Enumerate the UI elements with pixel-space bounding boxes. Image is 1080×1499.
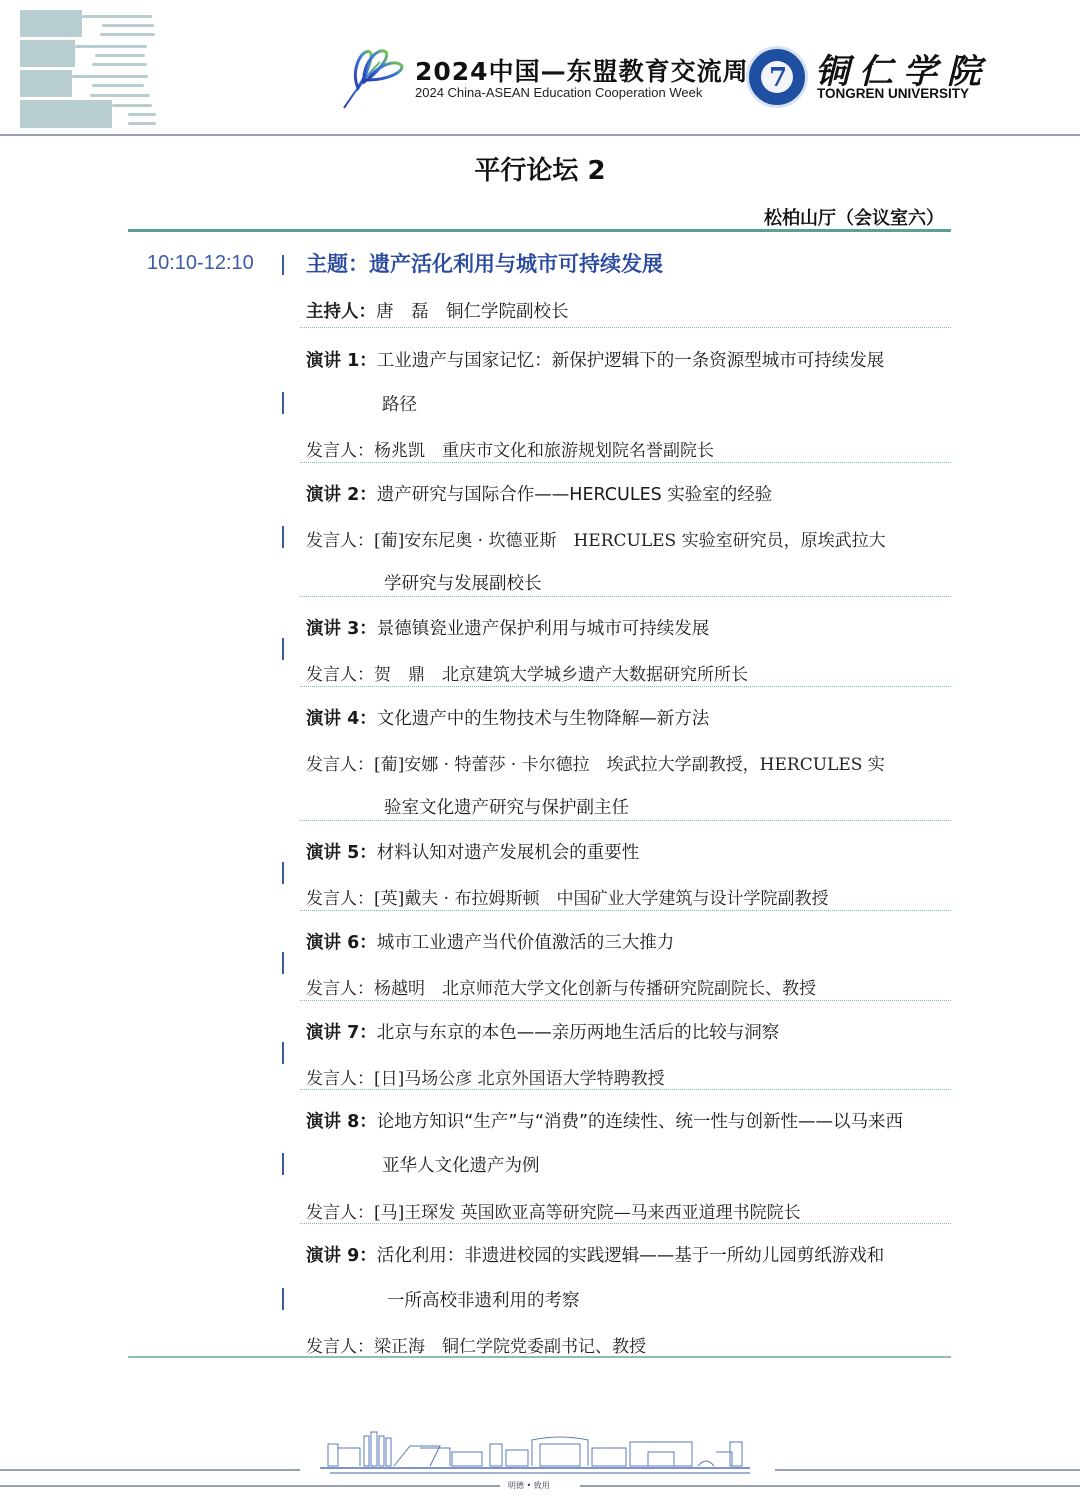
session-time: 10:10-12:10 (147, 252, 254, 275)
dotted-divider (300, 1223, 951, 1224)
decorative-stripes (20, 10, 155, 128)
timeline-bar (282, 255, 284, 275)
footer-line (0, 1485, 500, 1487)
talk-5-title: 演讲 5：材料认知对遗产发展机会的重要性 (306, 839, 639, 864)
university-seal-icon: 7 (746, 46, 808, 108)
footer-line (0, 1469, 300, 1471)
timeline-bar (282, 392, 284, 414)
talk-3-speaker: 发言人：贺 鼎 北京建筑大学城乡遗产大数据研究所所长 (306, 660, 748, 685)
talk-8-speaker: 发言人：[马]王琛发 英国欧亚高等研究院—马来西亚道理书院院长 (306, 1198, 801, 1223)
section-divider (128, 229, 951, 232)
timeline-bar (282, 638, 284, 660)
talk-5-speaker: 发言人：[英]戴夫 · 布拉姆斯顿 中国矿业大学建筑与设计学院副教授 (306, 884, 828, 909)
host-row: 主持人：唐 磊 铜仁学院副校长 (306, 298, 569, 323)
talk-6-title: 演讲 6：城市工业遗产当代价值激活的三大推力 (306, 929, 674, 954)
event-subtitle: 2024 China-ASEAN Education Cooperation W… (415, 85, 702, 100)
timeline-bar (282, 1288, 284, 1310)
talk-2-speaker: 发言人：[葡]安东尼奥 · 坎德亚斯 HERCULES 实验室研究员，原埃武拉大 (306, 526, 886, 551)
talk-7-title: 演讲 7：北京与东京的本色——亲历两地生活后的比较与洞察 (306, 1019, 779, 1044)
talk-1-speaker: 发言人：杨兆凯 重庆市文化和旅游规划院名誉副院长 (306, 436, 714, 461)
host-title: 铜仁学院副校长 (446, 302, 569, 322)
timeline-bar (282, 1153, 284, 1175)
talk-2-title: 演讲 2：遗产研究与国际合作——HERCULES 实验室的经验 (306, 481, 772, 506)
host-name: 唐 磊 (376, 302, 429, 322)
venue-label: 松柏山厅（会议室六） (764, 204, 944, 230)
dotted-divider (300, 327, 951, 328)
event-title: 2024中国—东盟教育交流周 (415, 52, 749, 88)
talk-9-title-cont: 一所高校非遗利用的考察 (387, 1287, 580, 1312)
timeline-bar (282, 1042, 284, 1064)
talk-9-speaker: 发言人：梁正海 铜仁学院党委副书记、教授 (306, 1332, 646, 1357)
dotted-divider (300, 686, 951, 687)
talk-4-speaker-cont: 验室文化遗产研究与保护副主任 (384, 794, 629, 819)
timeline-bar (282, 526, 284, 548)
event-leaf-logo-icon (340, 40, 412, 112)
talk-9-title: 演讲 9：活化利用：非遗进校园的实践逻辑——基于一所幼儿园剪纸游戏和 (306, 1242, 884, 1267)
talk-4-speaker: 发言人：[葡]安娜 · 特蕾莎 · 卡尔德拉 埃武拉大学副教授，HERCULES… (306, 750, 885, 775)
talk-8-title: 演讲 8：论地方知识“生产”与“消费”的连续性、统一性与创新性——以马来西 (306, 1108, 903, 1133)
footer-line (775, 1469, 1080, 1471)
talk-7-speaker: 发言人：[日]马场公彦 北京外国语大学特聘教授 (306, 1064, 665, 1089)
session-theme: 主题：遗产活化利用与城市可持续发展 (306, 248, 663, 278)
section-end-divider (128, 1356, 951, 1358)
page-header: 2024中国—东盟教育交流周 2024 China-ASEAN Educatio… (0, 0, 1080, 136)
talk-2-speaker-cont: 学研究与发展副校长 (384, 570, 542, 595)
footer-motto: 明德 • 致用 (508, 1480, 550, 1491)
campus-skyline-illustration (320, 1430, 750, 1478)
dotted-divider (300, 596, 951, 597)
footer-line (580, 1485, 1080, 1487)
host-label: 主持人： (306, 302, 376, 322)
timeline-bar (282, 952, 284, 974)
talk-4-title: 演讲 4：文化遗产中的生物技术与生物降解—新方法 (306, 705, 709, 730)
timeline-bar (282, 862, 284, 884)
dotted-divider (300, 1000, 951, 1001)
dotted-divider (300, 462, 951, 463)
university-name-en: TONGREN UNIVERSITY (817, 86, 969, 101)
dotted-divider (300, 910, 951, 911)
dotted-divider (300, 820, 951, 821)
talk-8-title-cont: 亚华人文化遗产为例 (382, 1152, 540, 1177)
page-title: 平行论坛 2 (0, 150, 1080, 187)
talk-6-speaker: 发言人：杨越明 北京师范大学文化创新与传播研究院副院长、教授 (306, 974, 816, 999)
header-divider (0, 134, 1080, 136)
talk-1-title: 演讲 1：工业遗产与国家记忆：新保护逻辑下的一条资源型城市可持续发展 (306, 347, 884, 372)
dotted-divider (300, 1089, 951, 1090)
talk-3-title: 演讲 3：景德镇瓷业遗产保护利用与城市可持续发展 (306, 615, 709, 640)
talk-1-title-cont: 路径 (382, 391, 417, 416)
